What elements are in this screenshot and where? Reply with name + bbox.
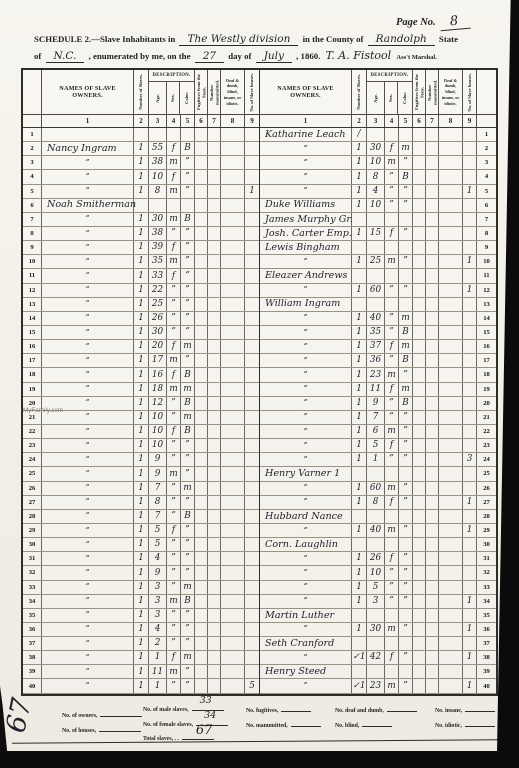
owner-name: ” <box>260 170 352 183</box>
owner-name: Katharine Leach <box>260 128 352 141</box>
age: 30 <box>149 326 167 339</box>
deaf-dumb <box>221 581 245 594</box>
sex: m <box>385 623 399 636</box>
color: ” <box>181 566 195 579</box>
slave-houses <box>463 482 477 495</box>
sex-header: Sex. <box>388 94 394 102</box>
fugitives <box>195 255 208 268</box>
deaf-dumb <box>221 651 245 664</box>
row-number: 32 <box>23 566 42 579</box>
row-number: 24 <box>23 453 42 466</box>
table-row: ”19”B20 <box>260 397 496 411</box>
blind-label: No. blind, <box>335 723 359 729</box>
sex: ” <box>385 284 399 297</box>
table-row: 4”110f” <box>23 170 259 184</box>
deaf-dumb <box>439 623 463 636</box>
number-of-slaves: 1 <box>352 255 367 268</box>
manumitted <box>208 679 221 692</box>
color: ” <box>181 453 195 466</box>
slave-houses <box>245 439 259 452</box>
age: 9 <box>367 397 385 410</box>
row-number: 34 <box>477 595 496 608</box>
color <box>399 128 413 141</box>
row-number: 7 <box>477 213 496 226</box>
number-of-slaves: 1 <box>134 595 149 608</box>
blind-blank-line <box>362 719 392 727</box>
row-number: 40 <box>477 679 496 692</box>
age: 9 <box>149 566 167 579</box>
fugitives-label: No. fugitives, <box>246 708 278 714</box>
table-row: ”110””32 <box>260 566 496 580</box>
sex: ” <box>385 312 399 325</box>
column-number: 9 <box>463 115 477 127</box>
table-row: ”126f”31 <box>260 552 496 566</box>
table-row: ”18f”127 <box>260 496 496 510</box>
slave-houses <box>245 453 259 466</box>
column-number: 6 <box>413 115 426 127</box>
sex: m <box>385 425 399 438</box>
deaf-dumb <box>221 397 245 410</box>
deaf-dumb <box>439 496 463 509</box>
age: 38 <box>149 227 167 240</box>
slave-houses <box>463 439 477 452</box>
slave-houses <box>463 156 477 169</box>
fugitives <box>195 340 208 353</box>
sex: ” <box>385 170 399 183</box>
color: B <box>181 368 195 381</box>
age: 30 <box>367 142 385 155</box>
slave-houses <box>463 425 477 438</box>
row-number: 28 <box>477 510 496 523</box>
fugitives <box>413 368 426 381</box>
number-of-slaves: 1 <box>134 679 149 692</box>
age: 5 <box>367 439 385 452</box>
number-of-slaves: 1 <box>352 552 367 565</box>
row-number: 27 <box>23 496 42 509</box>
table-row: William Ingram13 <box>260 298 496 312</box>
age-header: Age. <box>155 94 161 103</box>
deaf-dumb <box>439 241 463 254</box>
number-of-slaves <box>352 213 367 226</box>
manumitted <box>208 581 221 594</box>
fugitives <box>195 269 208 282</box>
table-row: 12”122”” <box>23 284 259 298</box>
table-row: ”135”B15 <box>260 326 496 340</box>
column-number: 1 <box>260 115 352 127</box>
deaf-dumb <box>439 284 463 297</box>
table-row: 30”15”” <box>23 538 259 552</box>
sex: ” <box>167 609 181 622</box>
page-number-value: 8 <box>439 13 471 32</box>
manumitted <box>426 284 439 297</box>
row-number: 2 <box>23 142 42 155</box>
table-row: 2Nancy Ingram155fB <box>23 142 259 156</box>
deaf-dumb <box>221 383 245 396</box>
age <box>367 241 385 254</box>
age <box>367 538 385 551</box>
fugitives <box>195 284 208 297</box>
owner-name: ” <box>42 453 134 466</box>
deaf-dumb <box>221 128 245 141</box>
row-number: 36 <box>477 623 496 636</box>
number-of-slaves <box>352 665 367 678</box>
color: ” <box>399 651 413 664</box>
title-prefix: SCHEDULE 2.—Slave Inhabitants in <box>34 34 175 44</box>
sex: ” <box>167 510 181 523</box>
fugitives <box>413 312 426 325</box>
table-row: 14”126”” <box>23 312 259 326</box>
table-row: 3”138m” <box>23 156 259 170</box>
number-of-slaves: 1 <box>352 199 367 212</box>
deaf-dumb <box>439 340 463 353</box>
color: ” <box>399 185 413 198</box>
fugitives <box>413 566 426 579</box>
deaf-dumb-header: Deaf & dumb, blind, insane, or idiotic. <box>439 70 463 114</box>
title-suffix: State <box>439 34 458 44</box>
slave-houses <box>245 482 259 495</box>
number-of-slaves: 1 <box>134 581 149 594</box>
manumitted <box>208 354 221 367</box>
column-number: 7 <box>426 115 439 127</box>
manumitted <box>208 340 221 353</box>
owner-name: ” <box>42 368 134 381</box>
number-of-slaves-header-cell: Number of Slaves. <box>352 70 367 114</box>
owner-name: ” <box>260 255 352 268</box>
manumitted <box>208 312 221 325</box>
sex: m <box>167 213 181 226</box>
manumitted <box>426 467 439 480</box>
title-dayof: day of <box>228 51 251 61</box>
deaf-dumb <box>221 679 245 692</box>
owner-name: ” <box>42 213 134 226</box>
number-of-slaves: 1 <box>134 383 149 396</box>
row-number: 4 <box>477 170 496 183</box>
manumitted <box>426 538 439 551</box>
number-of-slaves: 1 <box>352 383 367 396</box>
slave-houses: 1 <box>463 679 477 692</box>
age: 33 <box>149 269 167 282</box>
color: ” <box>181 609 195 622</box>
owner-name: ” <box>260 453 352 466</box>
manumitted <box>426 482 439 495</box>
row-number: 16 <box>477 340 496 353</box>
manumitted <box>208 298 221 311</box>
owner-name: ” <box>260 651 352 664</box>
slave-houses <box>245 368 259 381</box>
slave-houses <box>463 368 477 381</box>
slave-houses <box>463 411 477 424</box>
number-of-slaves: 1 <box>134 524 149 537</box>
myfamily-watermark: MyFamily.com <box>23 407 63 414</box>
fugitives <box>195 425 208 438</box>
number-of-slaves: / <box>352 128 367 141</box>
slave-houses <box>463 609 477 622</box>
manumitted <box>208 566 221 579</box>
number-of-slaves: 1 <box>134 623 149 636</box>
color: ” <box>181 227 195 240</box>
slave-houses <box>463 241 477 254</box>
title-of: of <box>34 51 41 61</box>
number-of-slaves: 1 <box>352 326 367 339</box>
sex: f <box>167 340 181 353</box>
number-of-slaves: 1 <box>352 439 367 452</box>
table-row: ”160m”26 <box>260 482 496 496</box>
deaf-dumb <box>439 185 463 198</box>
sex: ” <box>385 397 399 410</box>
sex: ” <box>167 538 181 551</box>
manumitted <box>426 552 439 565</box>
slave-houses: 1 <box>463 651 477 664</box>
sex: ” <box>167 411 181 424</box>
fugitives <box>413 241 426 254</box>
number-of-slaves: 1 <box>134 609 149 622</box>
scan-edge-right <box>497 0 519 751</box>
manumitted <box>426 298 439 311</box>
owner-name: ” <box>42 284 134 297</box>
owner-name: ” <box>260 397 352 410</box>
row-number: 36 <box>23 623 42 636</box>
row-number: 8 <box>23 227 42 240</box>
color: ” <box>399 439 413 452</box>
row-number: 20 <box>477 397 496 410</box>
manumitted <box>208 227 221 240</box>
table-row: 13”125”” <box>23 298 259 312</box>
owner-name: ” <box>42 354 134 367</box>
owner-name: Noah Smitherman <box>42 199 134 212</box>
fugitives <box>195 354 208 367</box>
color: ” <box>399 411 413 424</box>
table-row: 27”18”” <box>23 496 259 510</box>
owner-name: Eleazer Andrews <box>260 269 352 282</box>
color: ” <box>399 566 413 579</box>
age: 5 <box>149 524 167 537</box>
fugitives <box>413 255 426 268</box>
age-header: Age. <box>373 94 379 103</box>
table-row: 6Noah Smitherman <box>23 199 259 213</box>
fugitives <box>413 142 426 155</box>
column-number: 3 <box>149 115 167 127</box>
color: m <box>181 651 195 664</box>
number-of-slaves: 1 <box>352 312 367 325</box>
slave-houses <box>463 142 477 155</box>
fugitives-header: Fugitives from the State. <box>196 72 207 113</box>
table-row: 17”117m” <box>23 354 259 368</box>
sex: f <box>167 241 181 254</box>
male-slaves-total: 33 <box>200 695 212 706</box>
female-slaves-label: No. of female slaves, <box>143 722 193 728</box>
manumitted <box>208 496 221 509</box>
manumitted <box>426 255 439 268</box>
fugitives <box>413 453 426 466</box>
age <box>367 128 385 141</box>
age: 6 <box>367 425 385 438</box>
row-number: 25 <box>477 467 496 480</box>
deaf-dumb <box>439 326 463 339</box>
owner-name: Henry Varner 1 <box>260 467 352 480</box>
age: 36 <box>367 354 385 367</box>
age <box>149 199 167 212</box>
slave-houses <box>245 383 259 396</box>
sex: ” <box>167 679 181 692</box>
slave-houses: 1 <box>245 185 259 198</box>
table-row: 16”120fm <box>23 340 259 354</box>
number-of-slaves: 1 <box>134 566 149 579</box>
age: 8 <box>149 496 167 509</box>
number-of-slaves: 1 <box>134 467 149 480</box>
number-of-slaves: 1 <box>352 623 367 636</box>
owner-name: ” <box>42 425 134 438</box>
manumitted <box>208 524 221 537</box>
deaf-dumb <box>439 156 463 169</box>
age: 10 <box>149 170 167 183</box>
row-number: 23 <box>477 439 496 452</box>
table-row: 38”11fm <box>23 651 259 665</box>
number-of-slaves: 1 <box>352 340 367 353</box>
color: m <box>399 340 413 353</box>
slave-houses: 3 <box>463 453 477 466</box>
age-header-cell: Age. <box>149 82 167 114</box>
column-number <box>23 115 42 127</box>
row-number: 27 <box>477 496 496 509</box>
color: ” <box>181 269 195 282</box>
owner-name: ” <box>42 538 134 551</box>
age: 10 <box>149 411 167 424</box>
age: 10 <box>149 425 167 438</box>
owner-name: ” <box>260 383 352 396</box>
division-field: The Westly division <box>179 33 298 46</box>
table-row: Hubbard Nance28 <box>260 510 496 524</box>
manumitted <box>208 609 221 622</box>
manumitted <box>426 368 439 381</box>
sex: m <box>167 255 181 268</box>
row-number: 24 <box>477 453 496 466</box>
color: ” <box>399 482 413 495</box>
deaf-dumb <box>439 679 463 692</box>
fugitives <box>413 510 426 523</box>
deaf-dumb <box>221 368 245 381</box>
number-of-slaves <box>352 241 367 254</box>
age: 26 <box>367 552 385 565</box>
owner-name: ” <box>260 312 352 325</box>
slave-houses <box>245 397 259 410</box>
manumitted-header: Number manumitted. <box>427 72 438 113</box>
number-of-slaves: 1 <box>134 170 149 183</box>
slave-houses <box>463 199 477 212</box>
color: B <box>181 397 195 410</box>
owner-name: ” <box>42 269 134 282</box>
number-of-slaves: 1 <box>352 142 367 155</box>
color: m <box>181 411 195 424</box>
table-row: 5”18m”1 <box>23 185 259 199</box>
fugitives <box>413 595 426 608</box>
slave-houses: 1 <box>463 595 477 608</box>
deaf-dumb <box>439 651 463 664</box>
color: ” <box>181 284 195 297</box>
number-of-slaves <box>352 298 367 311</box>
row-number: 10 <box>23 255 42 268</box>
description-label: DESCRIPTION. <box>149 70 194 82</box>
row-number: 30 <box>477 538 496 551</box>
owner-name: ” <box>42 170 134 183</box>
age <box>367 665 385 678</box>
sex: m <box>167 156 181 169</box>
row-number: 2 <box>477 142 496 155</box>
manumitted <box>208 185 221 198</box>
manumitted <box>426 524 439 537</box>
sex: f <box>385 439 399 452</box>
number-of-slaves: 1 <box>134 411 149 424</box>
fugitives <box>413 467 426 480</box>
manumitted <box>426 425 439 438</box>
row-number: 11 <box>477 269 496 282</box>
color: ” <box>399 368 413 381</box>
row-number: 29 <box>477 524 496 537</box>
sex: f <box>385 340 399 353</box>
color: ” <box>399 453 413 466</box>
number-of-slaves: 1 <box>134 227 149 240</box>
number-of-slaves: 1 <box>134 298 149 311</box>
number-of-slaves: 1 <box>352 425 367 438</box>
scan-edge-bottom <box>0 751 519 768</box>
fugitives <box>413 623 426 636</box>
table-row: Lewis Bingham9 <box>260 241 496 255</box>
owner-name: ” <box>42 609 134 622</box>
slave-houses <box>463 312 477 325</box>
row-number: 16 <box>23 340 42 353</box>
manumitted <box>208 425 221 438</box>
sex: m <box>167 383 181 396</box>
color <box>399 637 413 650</box>
row-number: 1 <box>477 128 496 141</box>
sex: f <box>385 142 399 155</box>
owner-name: ” <box>260 368 352 381</box>
age: 55 <box>149 142 167 155</box>
color: ” <box>181 170 195 183</box>
fugitives <box>413 397 426 410</box>
number-of-slaves: 1 <box>134 156 149 169</box>
age: 20 <box>149 340 167 353</box>
slave-houses <box>245 269 259 282</box>
number-of-slaves: 1 <box>134 354 149 367</box>
slave-houses <box>463 637 477 650</box>
row-number: 19 <box>477 383 496 396</box>
deaf-dumb <box>439 368 463 381</box>
slave-houses <box>463 665 477 678</box>
table-row: 36”14”” <box>23 623 259 637</box>
slave-houses-header-cell: No. of Slave houses. <box>463 70 477 114</box>
age: 35 <box>149 255 167 268</box>
slave-houses <box>463 269 477 282</box>
column-number: 9 <box>245 115 259 127</box>
fugitives <box>413 581 426 594</box>
table-left-half: NAMES OF SLAVE OWNERS.Number of Slaves.D… <box>23 70 259 694</box>
owner-name: ” <box>42 623 134 636</box>
slave-houses <box>245 595 259 608</box>
slave-houses <box>463 128 477 141</box>
houses-label: No. of houses, <box>62 728 96 734</box>
manumitted <box>426 185 439 198</box>
manumitted <box>426 142 439 155</box>
slave-houses <box>245 354 259 367</box>
deaf-dumb <box>221 566 245 579</box>
number-of-slaves: 1 <box>134 538 149 551</box>
table-row: ”130fm2 <box>260 142 496 156</box>
color <box>399 538 413 551</box>
row-number: 35 <box>477 609 496 622</box>
deaf-dumb <box>221 354 245 367</box>
summary-footer: No. of owners, No. of houses, No. of mal… <box>0 697 519 743</box>
fugitives <box>413 326 426 339</box>
